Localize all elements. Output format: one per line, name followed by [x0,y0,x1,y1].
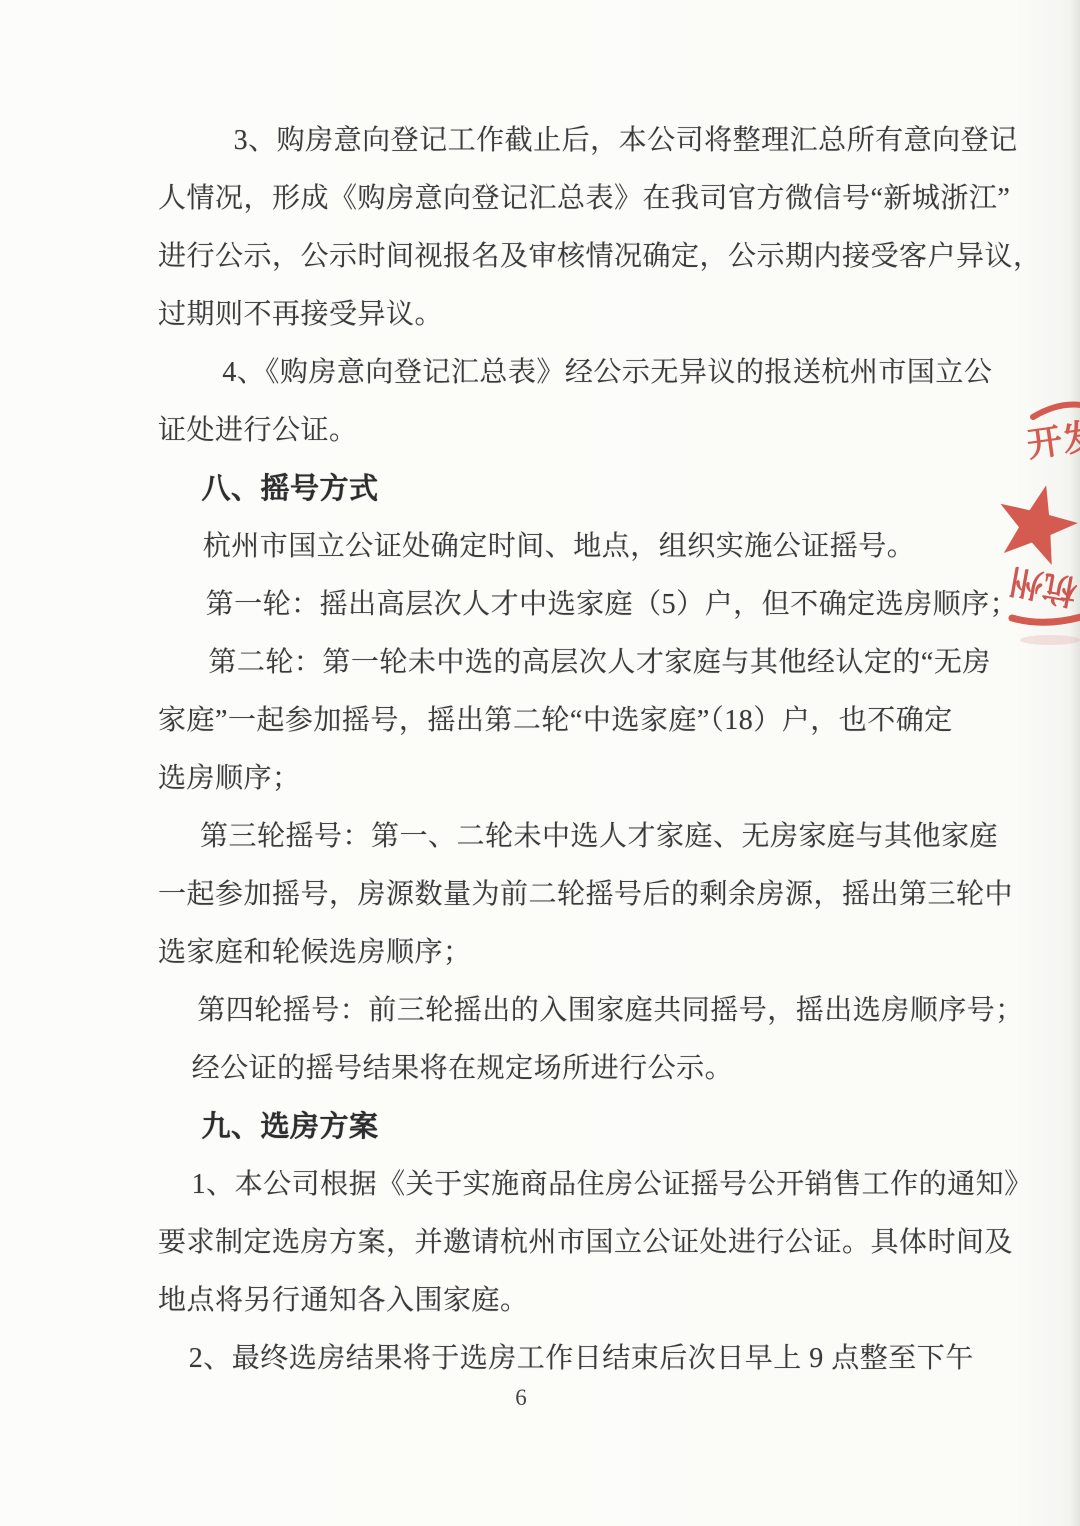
paragraph: 2、最终选房结果将于选房工作日结束后次日早上 9 点整至下午 [158,1330,973,1388]
section-heading: 九、选房方案 [158,1098,973,1156]
page-number: 6 [0,1385,1080,1411]
section-heading: 八、摇号方式 [158,460,973,518]
paragraph: 第二轮：第一轮未中选的高层次人才家庭与其他经认定的“无房 家庭”一起参加摇号，摇… [158,634,973,808]
paragraph: 第一轮：摇出高层次人才中选家庭（5）户，但不确定选房顺序； [158,576,973,634]
paragraph: 经公证的摇号结果将在规定场所进行公示。 [158,1040,973,1098]
document-body: 3、购房意向登记工作截止后，本公司将整理汇总所有意向登记 人情况，形成《购房意向… [158,112,973,1388]
seal-top-arc-shape [1033,405,1080,418]
paragraph: 4、《购房意向登记汇总表》经公示无异议的报送杭州市国立公 证处进行公证。 [158,344,973,460]
paragraph: 第三轮摇号：第一、二轮未中选人才家庭、无房家庭与其他家庭 一起参加摇号，房源数量… [158,808,973,982]
seal-top-text: 开发 [1025,416,1080,465]
paragraph: 第四轮摇号：前三轮摇出的入围家庭共同摇号，摇出选房顺序号； [158,982,973,1040]
seal-bottom-arc-shape [1012,617,1080,622]
paragraph: 1、本公司根据《关于实施商品住房公证摇号公开销售工作的通知》 要求制定选房方案，… [158,1156,973,1330]
seal-ink-smudge [1020,635,1080,645]
red-star-icon [998,476,1080,569]
paragraph: 3、购房意向登记工作截止后，本公司将整理汇总所有意向登记 人情况，形成《购房意向… [158,112,973,344]
document-page: 3、购房意向登记工作截止后，本公司将整理汇总所有意向登记 人情况，形成《购房意向… [0,0,1080,1526]
paragraph: 杭州市国立公证处确定时间、地点，组织实施公证摇号。 [158,518,973,576]
